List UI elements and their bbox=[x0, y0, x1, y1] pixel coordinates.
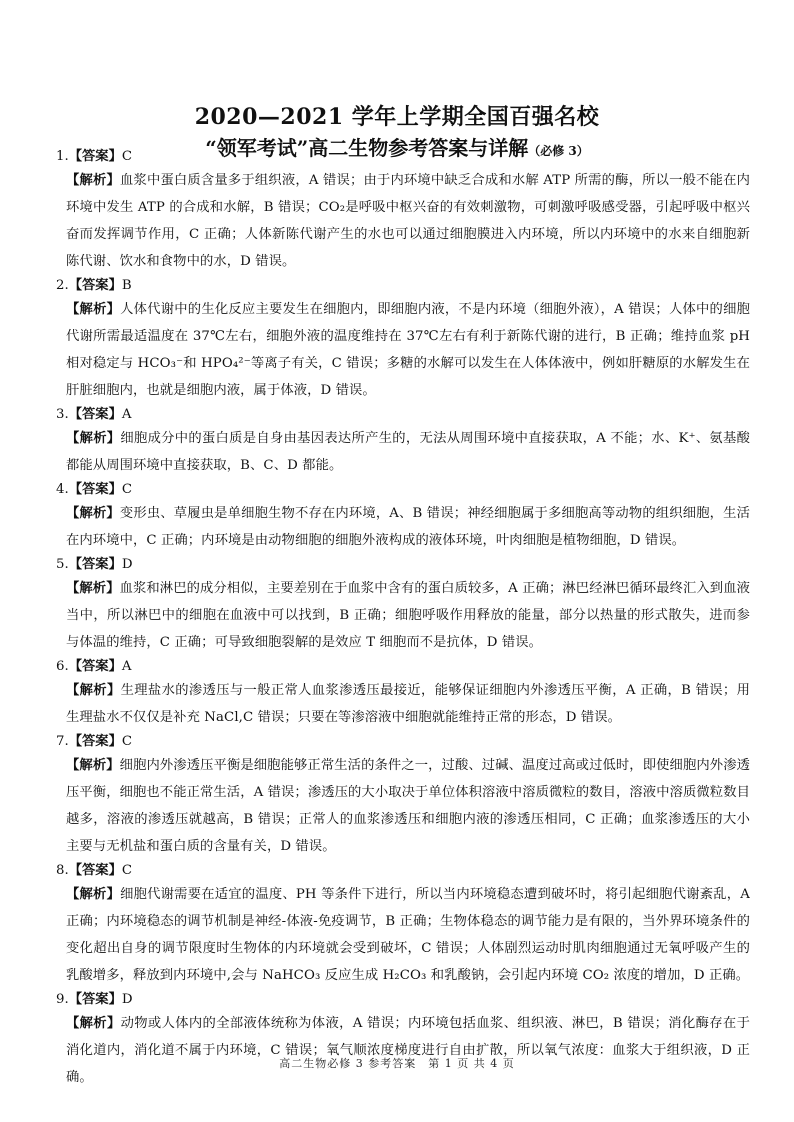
question-item: 6.【答案】A 【解析】生理盐水的渗透压与一般正常人血浆渗透压最接近，能够保证细… bbox=[56, 656, 750, 731]
answer-line: 5.【答案】D bbox=[56, 554, 750, 575]
question-item: 3.【答案】A 【解析】细胞成分中的蛋白质是自身由基因表达所产生的，无法从周围环… bbox=[56, 404, 750, 479]
question-item: 7.【答案】C 【解析】细胞内外渗透压平衡是细胞能够正常生活的条件之一，过酸、过… bbox=[56, 731, 750, 860]
analysis-text: 【解析】变形虫、草履虫是单细胞生物不存在内环境，A、B 错误；神经细胞属于多细胞… bbox=[56, 500, 750, 554]
answer-line: 2.【答案】B bbox=[56, 275, 750, 296]
answer-line: 3.【答案】A bbox=[56, 404, 750, 425]
answer-value: B bbox=[122, 278, 132, 293]
analysis-text: 【解析】细胞内外渗透压平衡是细胞能够正常生活的条件之一，过酸、过碱、温度过高或过… bbox=[56, 752, 750, 860]
page-footer: 高二生物必修 3 参考答案 第 1 页 共 4 页 bbox=[0, 1055, 794, 1071]
answer-value: D bbox=[122, 557, 133, 572]
answer-line: 4.【答案】C bbox=[56, 479, 750, 500]
analysis-text: 【解析】人体代谢中的生化反应主要发生在细胞内，即细胞内液，不是内环境（细胞外液）… bbox=[56, 296, 750, 404]
answer-line: 9.【答案】D bbox=[56, 989, 750, 1010]
analysis-text: 【解析】生理盐水的渗透压与一般正常人血浆渗透压最接近，能够保证细胞内外渗透压平衡… bbox=[56, 677, 750, 731]
answer-line: 7.【答案】C bbox=[56, 731, 750, 752]
answer-value: C bbox=[122, 734, 132, 749]
question-item: 8.【答案】C 【解析】细胞代谢需要在适宜的温度、PH 等条件下进行，所以当内环… bbox=[56, 860, 750, 989]
analysis-text: 【解析】血浆中蛋白质含量多于组织液，A 错误；由于内环境中缺乏合成和水解 ATP… bbox=[56, 167, 750, 275]
answer-value: D bbox=[122, 992, 133, 1007]
answer-value: C bbox=[122, 482, 132, 497]
analysis-text: 【解析】细胞成分中的蛋白质是自身由基因表达所产生的，无法从周围环境中直接获取，A… bbox=[56, 425, 750, 479]
question-item: 1.【答案】C 【解析】血浆中蛋白质含量多于组织液，A 错误；由于内环境中缺乏合… bbox=[56, 146, 750, 275]
question-item: 9.【答案】D 【解析】动物或人体内的全部液体统称为体液，A 错误；内环境包括血… bbox=[56, 989, 750, 1091]
analysis-text: 【解析】细胞代谢需要在适宜的温度、PH 等条件下进行，所以当内环境稳态遭到破坏时… bbox=[56, 881, 750, 989]
answer-line: 6.【答案】A bbox=[56, 656, 750, 677]
analysis-text: 【解析】动物或人体内的全部液体统称为体液，A 错误；内环境包括血浆、组织液、淋巴… bbox=[56, 1010, 750, 1091]
question-item: 4.【答案】C 【解析】变形虫、草履虫是单细胞生物不存在内环境，A、B 错误；神… bbox=[56, 479, 750, 554]
document-page: 2020—2021 学年上学期全国百强名校 “领军考试”高二生物参考答案与详解（… bbox=[0, 0, 794, 1122]
answer-line: 8.【答案】C bbox=[56, 860, 750, 881]
answer-list: 1.【答案】C 【解析】血浆中蛋白质含量多于组织液，A 错误；由于内环境中缺乏合… bbox=[56, 146, 750, 1091]
question-item: 2.【答案】B 【解析】人体代谢中的生化反应主要发生在细胞内，即细胞内液，不是内… bbox=[56, 275, 750, 404]
question-item: 5.【答案】D 【解析】血浆和淋巴的成分相似，主要差别在于血浆中含有的蛋白质较多… bbox=[56, 554, 750, 656]
document-title: 2020—2021 学年上学期全国百强名校 bbox=[0, 100, 794, 131]
answer-value: A bbox=[122, 407, 132, 422]
answer-value: A bbox=[122, 659, 132, 674]
answer-line: 1.【答案】C bbox=[56, 146, 750, 167]
analysis-text: 【解析】血浆和淋巴的成分相似，主要差别在于血浆中含有的蛋白质较多，A 正确；淋巴… bbox=[56, 575, 750, 656]
answer-value: C bbox=[122, 149, 132, 164]
answer-value: C bbox=[122, 863, 132, 878]
